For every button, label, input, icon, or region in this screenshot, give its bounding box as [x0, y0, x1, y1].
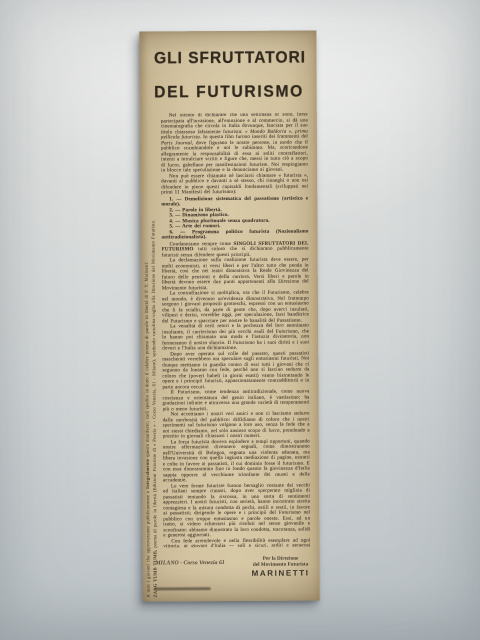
- leaflet-footer: MILANO - Corso Venezia 61 Per la Direzio…: [155, 557, 309, 578]
- paragraph-9: Noi accettiamo i nostri veri amici e non…: [163, 412, 310, 440]
- address: MILANO - Corso Venezia 61: [155, 557, 224, 566]
- paragraph-12: Con fede arrendevole e nella flessibilit…: [163, 538, 310, 547]
- paragraph-11: Le vere forme futuriste furono bersaglio…: [163, 483, 310, 539]
- photo-surface: A tutti i giovani che approveranno pubbl…: [0, 0, 480, 640]
- list-item-6: 6. — Programma politico futurista (Nazio…: [161, 229, 308, 241]
- title-line-2: DEL FUTURISMO: [154, 75, 304, 109]
- paragraph-6: La venalità di certi retori e la pochezz…: [162, 324, 309, 352]
- paragraph-2: Non può essere chiamato nè lasciarsi chi…: [161, 173, 308, 196]
- paragraph-4: La declamazione sulla coalizione futuris…: [162, 258, 309, 292]
- printer-mark: [155, 587, 211, 590]
- side-note-text: A tutti i giovani che approveranno pubbl…: [145, 489, 151, 598]
- signoff-block: Per la Direzione del Movimento Futurista…: [252, 557, 310, 577]
- paragraph-10: La forza futurista doveva esplodere a te…: [163, 439, 310, 484]
- side-note-bold: Integralmente: [145, 459, 150, 489]
- side-note-vertical-text: A tutti i giovani che approveranno pubbl…: [143, 121, 159, 597]
- side-note-text: poema di parole in libertà (Edizioni Fut…: [150, 220, 157, 550]
- paragraph-7: Dopo aver operato sul colle del passato,…: [162, 351, 309, 390]
- paragraph-1: Nel intento di dichiarare che una settim…: [161, 113, 308, 174]
- marinetti-signature: MARINETTI: [252, 571, 310, 577]
- side-note-text: questo manifesto, sarà spedito in dono i…: [144, 261, 150, 458]
- manifesto-list: 1. — Demolizione sistematica del passati…: [161, 196, 308, 241]
- title-line-1: GLI SFRUTTATORI: [154, 41, 306, 75]
- list-item-1: 1. — Demolizione sistematica del passati…: [161, 196, 308, 208]
- leaflet-paper: A tutti i giovani che approveranno pubbl…: [139, 30, 319, 601]
- leaflet-title: GLI SFRUTTATORI DEL FUTURISMO: [147, 41, 310, 110]
- paris-journal-italic: Paris Journal: [161, 141, 192, 146]
- paragraph-5: La contraffazione si moltiplica, ora che…: [162, 291, 309, 325]
- signoff-line-2: del Movimento Futurista: [252, 562, 310, 568]
- paragraph-3: Condanniamo sempre come SINGOLI SFRUTTAT…: [162, 241, 309, 258]
- paragraph-8: Il Futurismo, come tendenza antitradizio…: [162, 390, 309, 413]
- leaflet-body: Nel intento di dichiarare che una settim…: [161, 113, 311, 548]
